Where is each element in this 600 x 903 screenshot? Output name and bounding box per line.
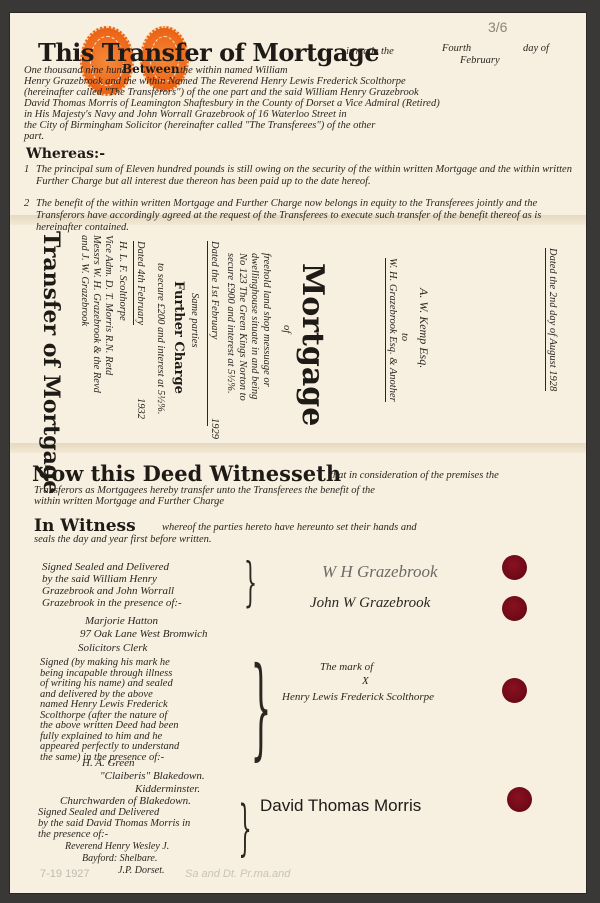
made-text: is made the	[346, 46, 394, 58]
witness-address: Kidderminster.	[135, 783, 200, 795]
attestation-clause: Signed Sealed and Delivered by the said …	[42, 561, 182, 609]
brace: }	[244, 553, 257, 613]
pencil-note: 7-19 1927	[40, 868, 90, 880]
signature: John W Grazebrook	[310, 597, 430, 609]
witnesseth-line: within written Mortgage and Further Char…	[34, 496, 224, 508]
mark-x: X	[362, 675, 369, 687]
dated-top: Dated the 2nd day of August 1928	[545, 248, 558, 391]
wax-seal	[507, 787, 532, 812]
property-line: secure £900 and interest at 5½%.	[224, 253, 236, 394]
witnesseth-heading: Now this Deed Witnesseth	[32, 461, 341, 486]
transfer-line: H. L. F. Scolthorpe	[116, 241, 128, 321]
party-to: W. H. Grazebrook Esq. & Another	[385, 258, 398, 402]
further-charge-amount: to secure £200 and interest at 5½%.	[154, 263, 166, 414]
witness-address: 97 Oak Lane West Bromwich	[80, 628, 208, 640]
attestation-clause: Signed Sealed and Delivered by the said …	[38, 807, 190, 840]
wax-seal	[502, 555, 527, 580]
property-line: dwellinghouse situate in and being	[248, 253, 260, 399]
party-from: A. W. Kemp Esq.	[418, 288, 430, 368]
wax-seal	[502, 596, 527, 621]
whereas-clause: The benefit of the within written Mortga…	[36, 198, 576, 234]
dated-second-year: 1929	[208, 418, 220, 439]
in-witness-line: whereof the parties hereto have hereunto…	[162, 522, 417, 534]
day-of: day of	[523, 43, 549, 55]
to-text: to	[398, 333, 410, 341]
brace: }	[238, 793, 251, 863]
witness-name: Marjorie Hatton	[85, 615, 158, 627]
brace: }	[251, 643, 272, 771]
property-line: freehold land shop messuage or	[260, 253, 272, 387]
pencil-mark: 3/6	[488, 19, 507, 35]
parties-line: the City of Birmingham Solicitor (herein…	[24, 120, 579, 132]
same-parties: Same parties	[188, 293, 200, 348]
pencil-note: Sa and Dt. Pr.ma.and	[185, 868, 290, 880]
witness-occupation: J.P. Dorset.	[118, 865, 164, 877]
between-heading: Between	[122, 62, 180, 76]
further-charge-heading: Further Charge	[171, 281, 186, 394]
whereas-heading: Whereas:-	[26, 146, 105, 162]
dated-third: Dated 4th February	[133, 241, 146, 325]
witness-occupation: Churchwarden of Blakedown.	[60, 795, 191, 807]
witness-occupation: Solicitors Clerk	[78, 642, 147, 654]
mortgage-heading: Mortgage	[295, 263, 330, 426]
witness-address: Bayford: Shelbare.	[82, 853, 157, 865]
document-title: This Transfer of Mortgage	[38, 38, 379, 67]
transfer-line: and J. W. Grazebrook	[78, 235, 90, 326]
wax-seal	[502, 678, 527, 703]
parties-line: part.	[24, 131, 44, 143]
dated-third-year: 1932	[134, 398, 146, 419]
witness-name: Reverend Henry Wesley J.	[65, 841, 169, 853]
in-witness-line: seals the day and year first before writ…	[34, 534, 212, 546]
witness-name: H. A. Green	[82, 757, 135, 769]
attestation-clause: Signed (by making his mark he being inca…	[40, 658, 179, 763]
day: Fourth	[442, 43, 471, 55]
transfer-line: Messrs W. H. Grazebrook & the Revd	[90, 235, 102, 393]
transfer-line: Vice Adm. D. T. Morris R.N. Retd	[102, 235, 114, 375]
fold-line	[10, 443, 586, 453]
signature: W H Grazebrook	[322, 566, 438, 578]
property-line: No 123 The Green Kings Norton to	[236, 253, 248, 401]
witnesseth-line: that in consideration of the premises th…	[330, 470, 499, 482]
in-witness-heading: In Witness	[34, 516, 136, 536]
clause-number: 2	[24, 198, 29, 210]
witness-address: "Claiberis" Blakedown.	[100, 770, 205, 782]
mortgage-document: This Transfer of Mortgage is made the Fo…	[10, 13, 586, 893]
mark-label: The mark of	[320, 661, 373, 673]
of-text: of	[280, 325, 292, 333]
mark-name: Henry Lewis Frederick Scolthorpe	[282, 691, 434, 703]
signature: David Thomas Morris	[260, 796, 421, 816]
clause-number: 1	[24, 164, 29, 176]
dated-second: Dated the 1st February	[207, 241, 220, 426]
whereas-clause: The principal sum of Eleven hundred poun…	[36, 164, 576, 188]
endorsement-side-title: Transfer of Mortgage	[38, 231, 64, 494]
